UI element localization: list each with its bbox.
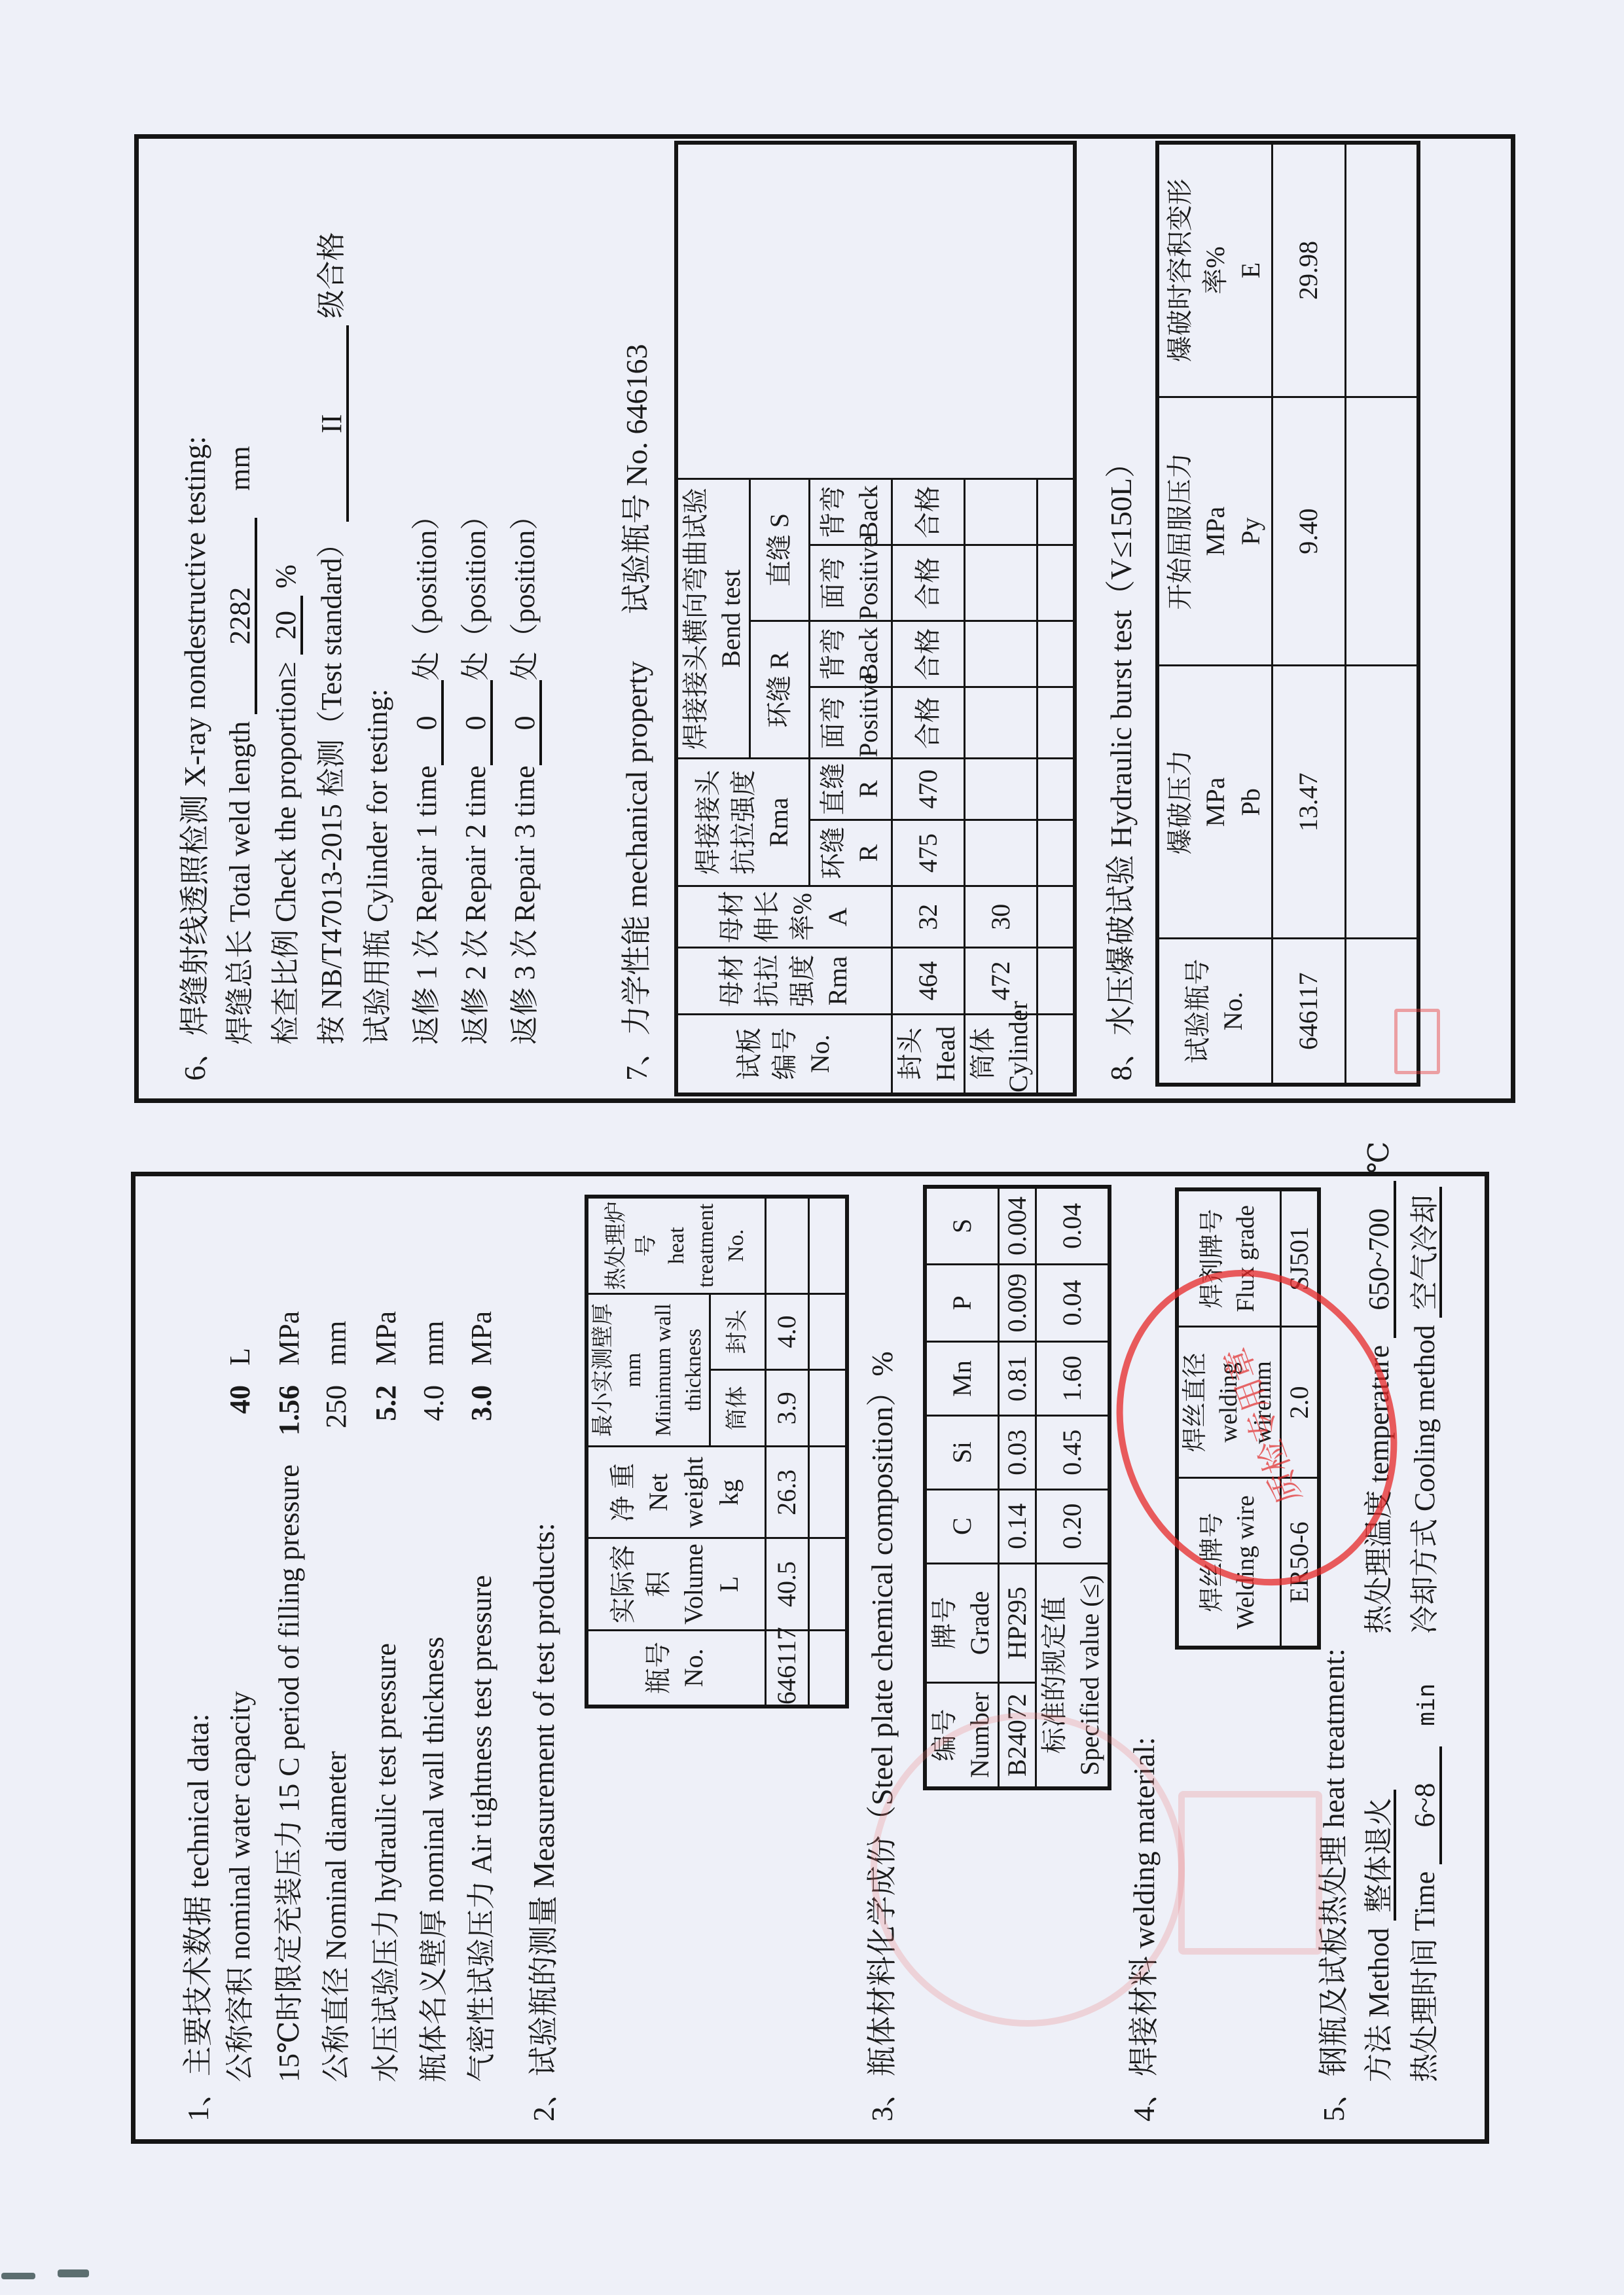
spec-unit: mm <box>322 1321 351 1365</box>
spec-unit: L <box>226 1348 255 1365</box>
header-bend-straight: 直缝 S <box>750 479 810 621</box>
section-6-heading: 6、焊缝射线透照检测 X-ray nondestructive testing: <box>180 436 210 1081</box>
section-5-heading: 5、钢瓶及试板热处理 heat treatment: <box>1319 1648 1349 2122</box>
header-min-wall: 最小实测壁厚 mm Minimum wall thickness <box>586 1293 710 1447</box>
header-base-elongation: 母材 伸长 率% A <box>676 886 892 948</box>
section-7-heading: 7、力学性能 mechanical property 试验瓶号 No. 6461… <box>622 344 652 1081</box>
header-bend-test: 焊接接头横向弯曲试验 Bend test <box>676 479 750 759</box>
heat-method-line: 方法 Method 整体退火 <box>1365 1790 1396 2082</box>
rotated-document: 1、主要技术数据 technical data: 公称容积 nominal wa… <box>0 0 1624 2295</box>
hydraulic-burst-table: 试验瓶号 No. 爆破压力 MPa Pb 开始屈服压力 MPa Py 爆破时容积… <box>1155 141 1420 1087</box>
header-head: 封头 <box>710 1293 765 1370</box>
spec-value: 1.56 <box>275 1385 304 1457</box>
repair-line: 返修 1 次 Repair 1 time0处（position） <box>412 501 444 1045</box>
proportion-value: 20 <box>272 596 303 655</box>
cooling-value: 空气冷却 <box>1411 1187 1442 1318</box>
spec-label: 15℃时限定充装压力 15 C period of filling pressu… <box>275 1464 304 2082</box>
header-specimen-no: 试板 编号 No. <box>676 1014 892 1094</box>
spec-label: 公称容积 nominal water capacity <box>226 1691 255 2082</box>
spec-label: 公称直径 Nominal diameter <box>322 1751 351 2082</box>
staple-mark <box>58 2269 89 2277</box>
header-volume: 实际容积 Volume L <box>586 1538 765 1630</box>
spec-value: 5.2 <box>372 1385 401 1457</box>
repair-count: 0 <box>412 681 444 766</box>
measurement-table: 瓶号 No. 实际容积 Volume L 净 重 Net weight kg 最… <box>585 1195 849 1708</box>
table-row: B24072 HP295 0.14 0.03 0.81 0.009 0.004 <box>999 1187 1036 1788</box>
table-row-specified: 标准的规定值 Specified value (≤) 0.20 0.45 1.6… <box>1036 1187 1110 1788</box>
spec-label: 气密性试验压力 Air tightness test pressure <box>467 1575 496 2082</box>
table-row <box>808 1197 847 1707</box>
table-row <box>1345 143 1418 1085</box>
cylinder-for-testing: 试验用瓶 Cylinder for testing: <box>363 689 392 1045</box>
repair-line: 返修 3 次 Repair 3 time0处（position） <box>511 501 542 1045</box>
header-body: 筒体 <box>710 1370 765 1447</box>
spec-unit: MPa <box>372 1311 401 1365</box>
table-row: 646117 40.5 26.3 3.9 4.0 <box>765 1197 808 1707</box>
heat-method-value: 整体退火 <box>1365 1790 1396 1921</box>
header-joint-straight: 直缝 R <box>810 758 892 820</box>
header-joint-ring: 环缝 R <box>810 820 892 886</box>
table-header-row: 编号 Number 牌号 Grade C Si Mn P S <box>925 1187 999 1788</box>
chemical-composition-table: 编号 Number 牌号 Grade C Si Mn P S B24072 HP… <box>923 1185 1111 1790</box>
seal-text: 质检专用章 <box>1210 1341 1310 1511</box>
staple-mark <box>1 2273 35 2279</box>
section-8-heading: 8、水压爆破试验 Hydraulic burst test（V≤150L） <box>1106 448 1136 1081</box>
repair-line: 返修 2 次 Repair 2 time0处（position） <box>461 501 493 1045</box>
test-standard-line: 按 NB/T47013-2015 检测（Test standard） II 级合… <box>317 232 349 1045</box>
table-row: 646117 13.47 9.40 29.98 <box>1272 143 1346 1085</box>
heat-time-line: 热处理时间 Time 6~8 min <box>1411 1684 1442 2082</box>
spec-label: 水压试验压力 hydraulic test pressure <box>372 1643 401 2082</box>
spec-unit: MPa <box>275 1311 304 1365</box>
spec-unit: MPa <box>467 1311 496 1365</box>
weld-length-line: 焊缝总长 Total weld length 2282 mm <box>226 446 257 1045</box>
header-base-rma: 母材 抗拉 强度 Rma <box>676 948 892 1014</box>
faint-square-stamp <box>1178 1791 1322 1955</box>
heat-temp-value: 650~700 <box>1365 1181 1396 1338</box>
repair-count: 0 <box>461 681 493 766</box>
section-1-heading: 1、主要技术数据 technical data: <box>183 1714 213 2122</box>
spec-value: 4.0 <box>420 1385 448 1457</box>
header-furnace-no: 热处理炉号 heat treatment No. <box>586 1197 765 1293</box>
section-2-heading: 2、试验瓶的测量 Measurement of test products: <box>529 1523 559 2122</box>
header-net-weight: 净 重 Net weight kg <box>586 1447 765 1538</box>
mechanical-property-table: 试板 编号 No. 母材 抗拉 强度 Rma 母材 伸长 率% A 焊接接头 抗… <box>674 141 1077 1096</box>
spec-label: 瓶体名义壁厚 nominal wall thickness <box>420 1636 448 2082</box>
spec-unit: mm <box>420 1321 448 1365</box>
spec-value: 250 <box>322 1385 351 1457</box>
table-header-row: 试验瓶号 No. 爆破压力 MPa Pb 开始屈服压力 MPa Py 爆破时容积… <box>1157 143 1272 1085</box>
faint-stamp <box>871 1712 1185 2027</box>
test-cylinder-no: 试验瓶号 No. 646163 <box>620 344 653 615</box>
test-standard-grade: II <box>317 325 349 522</box>
proportion-line: 检查比例 Check the proportion≥ 20 % <box>272 564 303 1045</box>
blank-column <box>676 143 1075 479</box>
square-stamp-mark <box>1394 1009 1440 1074</box>
weld-length-value: 2282 <box>226 518 257 714</box>
heat-time-value: 6~8 <box>1411 1746 1442 1864</box>
section-3-heading: 3、瓶体材料化学成份（Steel plate chemical composit… <box>867 1351 897 2122</box>
header-bend-ring: 环缝 R <box>750 621 810 759</box>
header-bottle-no: 瓶号 No. <box>586 1630 765 1707</box>
spec-value: 3.0 <box>467 1385 496 1457</box>
cooling-line: 冷却方式 Cooling method 空气冷却 <box>1411 1187 1442 1634</box>
spec-value: 40 <box>226 1385 255 1457</box>
repair-count: 0 <box>511 681 542 766</box>
header-joint-tensile: 焊接接头 抗拉强度 Rma <box>676 758 810 886</box>
